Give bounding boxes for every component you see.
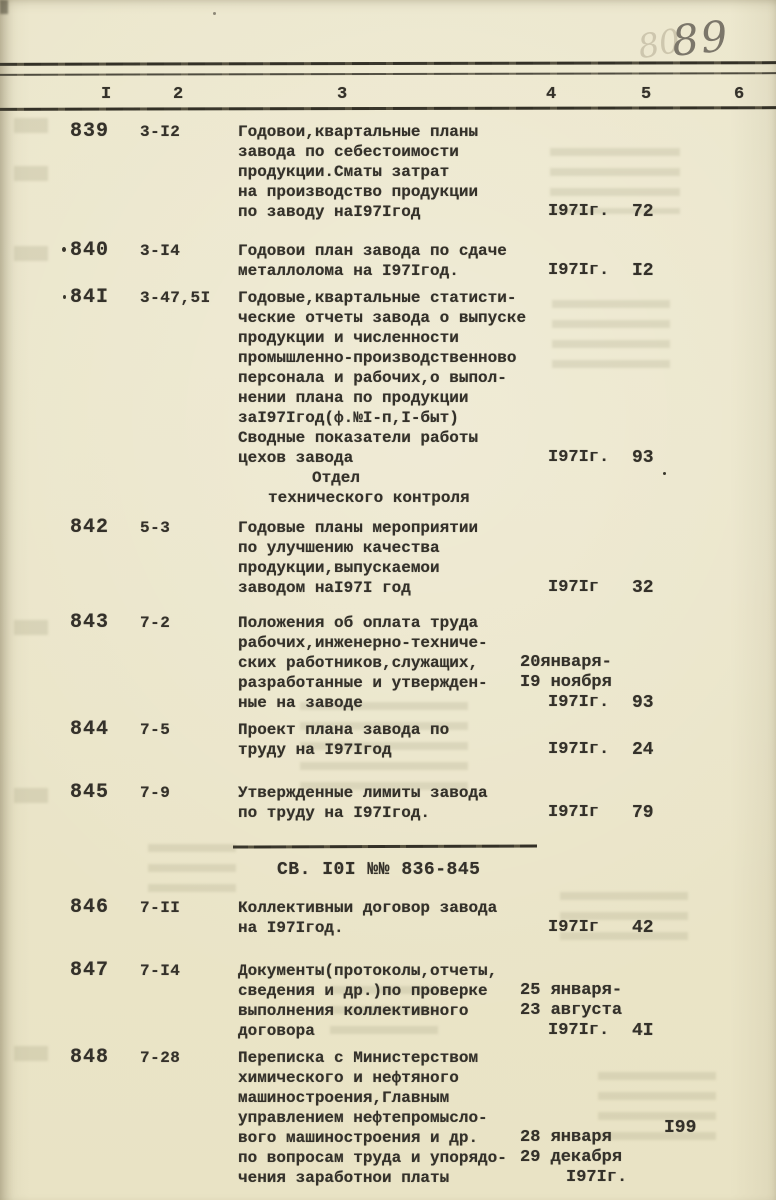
section-heading-line: технического контроля	[268, 488, 776, 508]
column-header-3: 3	[337, 86, 347, 104]
entry-pages: I2	[632, 261, 718, 281]
description-line: металлолома на I97Iгод.	[238, 261, 520, 281]
description-line: Коллективныи договор завода	[238, 898, 520, 918]
date-line: I97Iг.	[548, 448, 632, 468]
description-line: Документы(протоколы,отчеты,	[238, 961, 520, 981]
section-heading: Отделтехнического контроля	[0, 468, 776, 508]
entry-description: Документы(протоколы,отчеты,сведения и др…	[238, 961, 520, 1041]
table-row: 845 7-9 Утвержденные лимиты заводапо тру…	[70, 783, 776, 823]
description-line: по улучшению качества	[238, 538, 520, 558]
description-line: Годовои,квартальные планы	[238, 122, 520, 142]
description-line: Переписка с Министерством	[238, 1048, 520, 1068]
entry-description: Утвержденные лимиты заводапо труду на I9…	[238, 783, 520, 823]
table-row: 839 3-I2 Годовои,квартальные планызавода…	[70, 122, 776, 222]
page-edge-shadow	[0, 0, 8, 14]
description-line: завода по себестоимости	[238, 142, 520, 162]
description-line: Годовои план завода по сдаче	[238, 241, 520, 261]
entry-index: 7-9	[140, 783, 238, 803]
description-line: управлением нефтепромысло-	[238, 1108, 520, 1128]
description-line: по заводу наI97Iгод	[238, 202, 520, 222]
entry-number: 847	[70, 961, 140, 981]
entry-dates: 25 января-23 августаI97Iг.	[520, 981, 632, 1041]
description-line: сведения и др.)по проверке	[238, 981, 520, 1001]
date-line: I97Iг	[548, 918, 632, 938]
description-line: промышленно-производственново	[238, 348, 520, 368]
entry-dates: 28 января29 декабряI97Iг.	[520, 1128, 632, 1188]
entry-index: 3-47,5I	[140, 288, 238, 308]
entry-dates: I97Iг	[520, 578, 632, 598]
description-line: по вопросам труда и упорядо-	[238, 1148, 520, 1168]
date-line: I97Iг.	[548, 693, 632, 713]
date-line: I97Iг.	[566, 1168, 632, 1188]
description-line: продукции,выпускаемои	[238, 558, 520, 578]
date-line: I97Iг.	[548, 261, 632, 281]
description-line: цехов завода	[238, 448, 520, 468]
description-line: заводом наI97I год	[238, 578, 520, 598]
entry-description: Годовои план завода по сдачеметаллолома …	[238, 241, 520, 281]
entry-index: 7-I4	[140, 961, 238, 981]
description-line: нении плана по продукции	[238, 388, 520, 408]
description-line: продукции.Сматы затрат	[238, 162, 520, 182]
entry-description: Коллективныи договор заводана I97Iгод.	[238, 898, 520, 938]
description-line: Сводные показатели работы	[238, 428, 520, 448]
description-line: вого машиностроения и др.	[238, 1128, 520, 1148]
table-row: 847 7-I4 Документы(протоколы,отчеты,свед…	[70, 961, 776, 1041]
entry-number: 845	[70, 783, 140, 803]
entry-number: 839	[70, 122, 140, 142]
entry-pages: 93	[632, 448, 718, 468]
pencil-speck	[213, 12, 216, 15]
column-header-5: 5	[641, 86, 651, 104]
entry-number: 846	[70, 898, 140, 918]
description-line: заI97Iгод(ф.№I-п,I-быт)	[238, 408, 520, 428]
entry-number: 844	[70, 720, 140, 740]
entry-pages: 79	[632, 803, 718, 823]
description-line: договора	[238, 1021, 520, 1041]
description-line: рабочих,инженерно-техниче-	[238, 633, 520, 653]
table-row: 84I 3-47,5I Годовые,квартальные статисти…	[70, 288, 776, 468]
entry-description: Проект плана завода потруду на I97Iгод	[238, 720, 520, 760]
entry-pages: 32	[632, 578, 718, 598]
entry-pages: 24	[632, 740, 718, 760]
entry-index: 7-5	[140, 720, 238, 740]
date-line: 25 января-	[520, 981, 632, 1001]
entry-dates: 20января-I9 ноябряI97Iг.	[520, 653, 632, 713]
entry-dates: I97Iг.	[520, 261, 632, 281]
entry-dates: I97Iг	[520, 918, 632, 938]
entry-number: 843	[70, 613, 140, 633]
description-line: Утвержденные лимиты завода	[238, 783, 520, 803]
entry-dates: I97Iг.	[520, 448, 632, 468]
entry-index: 3-I2	[140, 122, 238, 142]
entry-index: 7-2	[140, 613, 238, 633]
date-line: 23 августа	[520, 1001, 632, 1021]
entry-index: 7-II	[140, 898, 238, 918]
entry-number: 842	[70, 518, 140, 538]
table-row: 843 7-2 Положения об оплата трударабочих…	[70, 613, 776, 713]
table-row: 848 7-28 Переписка с Министерствомхимиче…	[70, 1048, 776, 1188]
summary-rule	[233, 844, 537, 848]
table-row: 840 3-I4 Годовои план завода по сдачемет…	[70, 241, 776, 281]
description-line: на I97Iгод.	[238, 918, 520, 938]
column-header-6: 6	[734, 86, 744, 104]
date-line: I97Iг	[548, 803, 632, 823]
entry-pages: 93	[632, 693, 718, 713]
date-line: I97Iг.	[548, 740, 632, 760]
entry-dates: I97Iг.	[520, 740, 632, 760]
entry-number: 840	[70, 241, 140, 261]
summary-text: СВ. I0I №№ 836-845	[277, 860, 776, 880]
date-line: 20января-	[520, 653, 632, 673]
column-header-2: 2	[173, 86, 183, 104]
description-line: чения заработнои платы	[238, 1168, 520, 1188]
table-row: 846 7-II Коллективныи договор заводана I…	[70, 898, 776, 938]
description-line: ских работников,служащих,	[238, 653, 520, 673]
description-line: выполнения коллективного	[238, 1001, 520, 1021]
scanned-archive-inventory-page: 80 89 I 2 3 4 5 6 839 3-I2 Годовои,кварт…	[0, 0, 776, 1200]
date-line: I97Iг.	[548, 202, 632, 222]
entry-pages: 4I	[632, 1021, 718, 1041]
column-header-4: 4	[546, 86, 556, 104]
entry-dates: I97Iг.	[520, 202, 632, 222]
date-line: I97Iг.	[548, 1021, 632, 1041]
description-line: труду на I97Iгод	[238, 740, 520, 760]
double-rule-bottom	[0, 72, 776, 76]
description-line: продукции и численности	[238, 328, 520, 348]
table-body: 839 3-I2 Годовои,квартальные планызавода…	[0, 111, 776, 1188]
handwritten-page-number: 89	[670, 11, 732, 66]
description-line: на производство продукции	[238, 182, 520, 202]
description-line: Положения об оплата труда	[238, 613, 520, 633]
date-line: I97Iг	[548, 578, 632, 598]
entry-pages: 72	[632, 202, 718, 222]
table-row: 844 7-5 Проект плана завода потруду на I…	[70, 720, 776, 760]
entry-number: 848	[70, 1048, 140, 1068]
description-line: разработанные и утвержден-	[238, 673, 520, 693]
entry-index: 3-I4	[140, 241, 238, 261]
column-header-1: I	[101, 86, 111, 104]
entry-index: 5-3	[140, 518, 238, 538]
entry-description: Годовые планы мероприятиипо улучшению ка…	[238, 518, 520, 598]
section-heading-line: Отдел	[312, 468, 776, 488]
date-line: 29 декабря	[520, 1148, 632, 1168]
entry-description: Годовые,квартальные статисти-ческие отче…	[238, 288, 520, 468]
table-row: 842 5-3 Годовые планы мероприятиипо улуч…	[70, 518, 776, 598]
description-line: химического и нефтяного	[238, 1068, 520, 1088]
description-line: ческие отчеты завода о выпуске	[238, 308, 520, 328]
entry-description: Годовои,квартальные планызавода по себес…	[238, 122, 520, 222]
description-line: по труду на I97Iгод.	[238, 803, 520, 823]
entry-pages: 42	[632, 918, 718, 938]
entry-number: 84I	[70, 288, 140, 308]
description-line: Годовые планы мероприятии	[238, 518, 520, 538]
description-line: машиностроения,Главным	[238, 1088, 520, 1108]
date-line: 28 января	[520, 1128, 632, 1148]
page-number-handwritten: 80 89	[630, 8, 760, 68]
description-line: персонала и рабочих,о выпол-	[238, 368, 520, 388]
entry-description: Положения об оплата трударабочих,инженер…	[238, 613, 520, 713]
description-line: ные на заводе	[238, 693, 520, 713]
entry-index: 7-28	[140, 1048, 238, 1068]
entry-pages: I99	[664, 1118, 750, 1138]
bundle-summary: СВ. I0I №№ 836-845	[0, 845, 776, 880]
description-line: Годовые,квартальные статисти-	[238, 288, 520, 308]
description-line: Проект плана завода по	[238, 720, 520, 740]
entry-dates: I97Iг	[520, 803, 632, 823]
date-line: I9 ноября	[520, 673, 632, 693]
entry-description: Переписка с Министерствомхимического и н…	[238, 1048, 520, 1188]
